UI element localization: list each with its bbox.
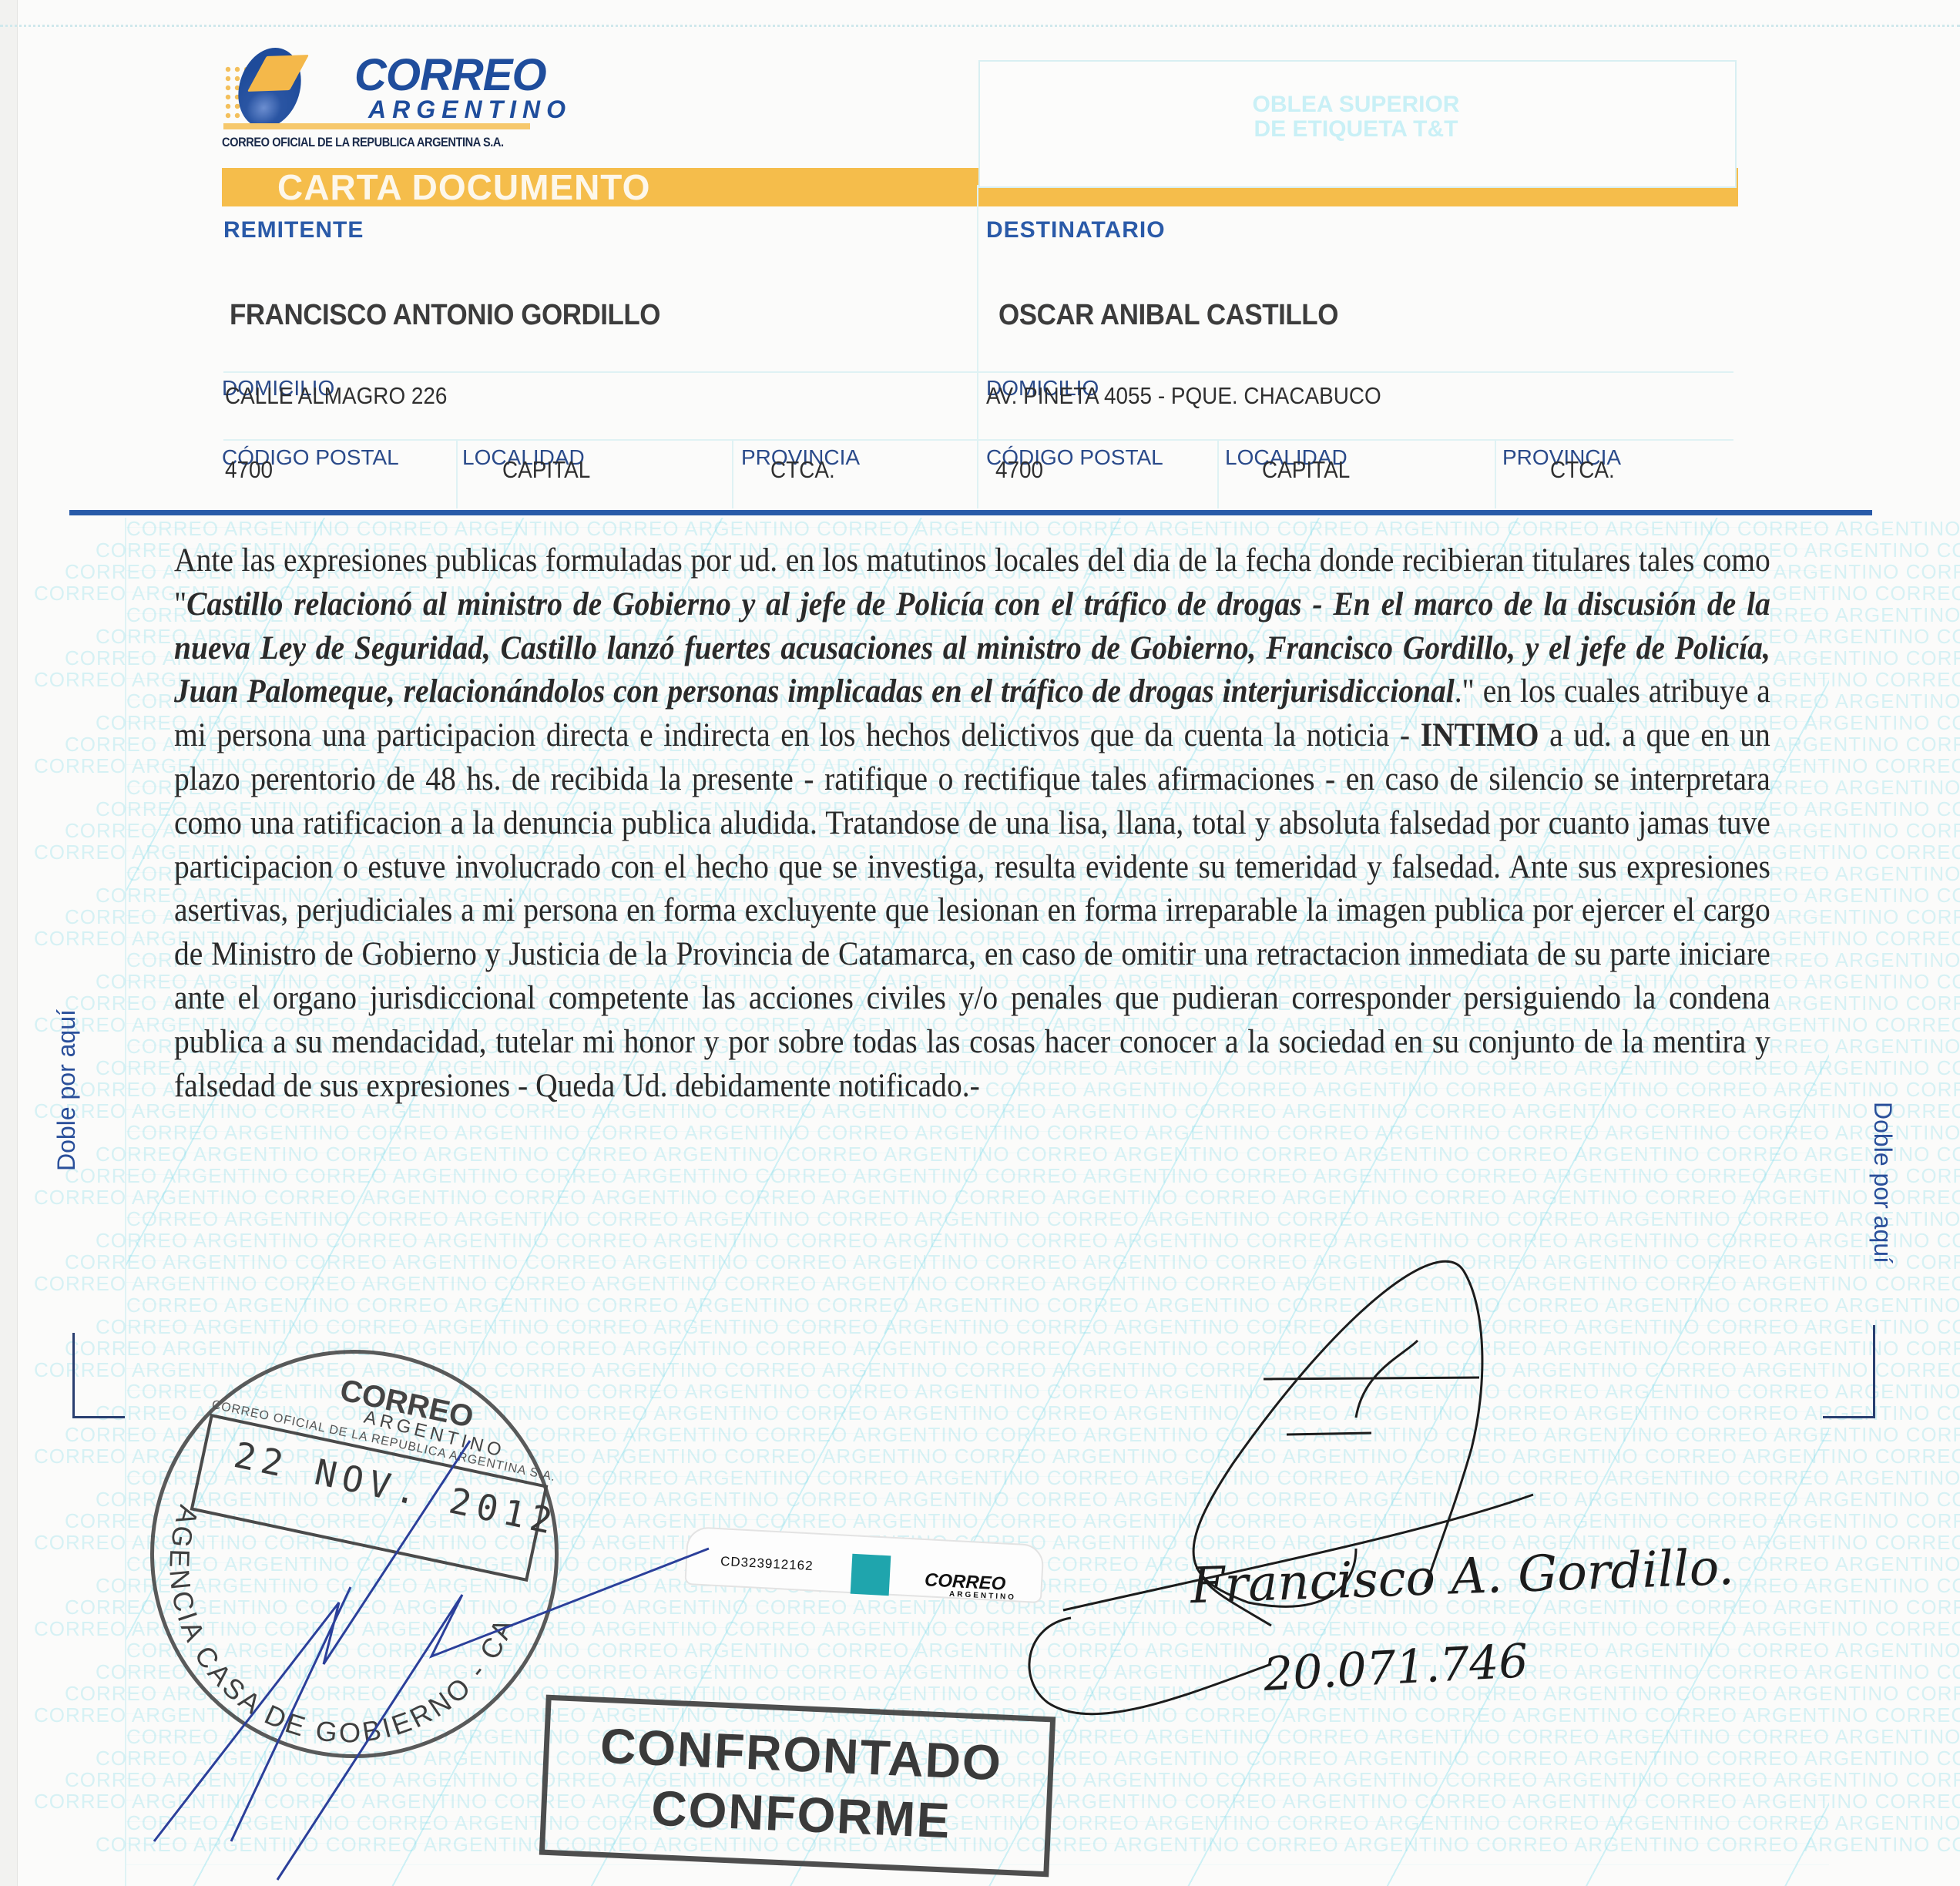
correo-argentino-logo: CORREO ARGENTINO <box>223 48 532 133</box>
destinatario-name: OSCAR ANIBAL CASTILLO <box>998 299 1338 332</box>
logo-word-argentino: ARGENTINO <box>368 96 572 124</box>
oblea-label: OBLEA SUPERIOR DE ETIQUETA T&T <box>978 92 1733 142</box>
letter-body: Ante las expresiones publicas formuladas… <box>174 539 1770 1108</box>
perforation-line <box>0 25 1960 27</box>
watermark-row: CORREO ARGENTINO CORREO ARGENTINO CORREO… <box>65 1165 1960 1186</box>
destinatario-provincia-value: CTCA. <box>1550 456 1615 484</box>
cell-divider <box>732 441 733 508</box>
remitente-domicilio-value: CALLE ALMAGRO 226 <box>225 382 447 410</box>
watermark-row: CORREO ARGENTINO CORREO ARGENTINO CORREO… <box>126 1294 1960 1316</box>
cell-divider <box>1495 441 1496 508</box>
logo-subtitle: CORREO OFICIAL DE LA REPUBLICA ARGENTINA… <box>222 135 504 150</box>
document-type-title: CARTA DOCUMENTO <box>277 166 650 208</box>
watermark-row: CORREO ARGENTINO CORREO ARGENTINO CORREO… <box>34 1186 1960 1208</box>
watermark-row: CORREO ARGENTINO CORREO ARGENTINO CORREO… <box>126 1208 1960 1230</box>
watermark-row: CORREO ARGENTINO CORREO ARGENTINO CORREO… <box>126 1122 1960 1143</box>
fold-tick-left <box>72 1333 75 1418</box>
destinatario-localidad-value: CAPITAL <box>1262 456 1350 484</box>
logo-mark-icon <box>223 48 300 133</box>
cell-divider <box>1217 441 1219 508</box>
body-intimo: INTIMO <box>1421 717 1539 753</box>
oblea-line2: DE ETIQUETA T&T <box>978 117 1733 142</box>
remitente-localidad-value: CAPITAL <box>502 456 590 484</box>
row-divider <box>223 439 1733 441</box>
remitente-provincia-value: CTCA. <box>770 456 835 484</box>
watermark-row: CORREO ARGENTINO CORREO ARGENTINO CORREO… <box>96 1230 1960 1251</box>
oblea-line1: OBLEA SUPERIOR <box>978 92 1733 117</box>
logo-underline <box>223 123 530 129</box>
destinatario-cp-value: 4700 <box>995 456 1043 484</box>
fold-label-right: Doble por aquí <box>1868 1102 1897 1263</box>
watermark-row: CORREO ARGENTINO CORREO ARGENTINO CORREO… <box>65 1251 1960 1273</box>
watermark-row: CORREO ARGENTINO CORREO ARGENTINO CORREO… <box>96 1316 1960 1337</box>
fold-tick-right <box>1873 1325 1875 1418</box>
remitente-name: FRANCISCO ANTONIO GORDILLO <box>230 299 660 332</box>
column-divider <box>977 185 978 508</box>
svg-text:AGENCIA CASA DE GOBIERNO - CAT: AGENCIA CASA DE GOBIERNO - CATAMARCA <box>150 1350 520 1749</box>
fold-tick-right <box>1823 1416 1875 1418</box>
logo-word-correo: CORREO <box>354 49 546 101</box>
watermark-row: CORREO ARGENTINO CORREO ARGENTINO CORREO… <box>34 1273 1960 1294</box>
cell-divider <box>456 441 458 508</box>
page-left-edge <box>0 0 18 1886</box>
row-divider <box>223 371 1733 373</box>
remitente-cp-value: 4700 <box>225 456 273 484</box>
destinatario-domicilio-value: AV. PINETA 4055 - PQUE. CHACABUCO <box>986 382 1381 410</box>
fold-label-left: Doble por aquí <box>52 1009 81 1171</box>
header-separator <box>69 510 1872 515</box>
postmark-ring-text: AGENCIA CASA DE GOBIERNO - CATAMARCA <box>150 1350 551 1750</box>
tracking-color-square <box>851 1554 891 1596</box>
destinatario-heading: DESTINATARIO <box>986 217 1166 243</box>
watermark-row: CORREO ARGENTINO CORREO ARGENTINO CORREO… <box>126 518 1960 539</box>
fold-tick-left <box>72 1416 125 1418</box>
watermark-row: CORREO ARGENTINO CORREO ARGENTINO CORREO… <box>96 1143 1960 1165</box>
body-rest: a ud. a que en un plazo perentorio de 48… <box>174 717 1770 1103</box>
remitente-heading: REMITENTE <box>223 217 364 243</box>
